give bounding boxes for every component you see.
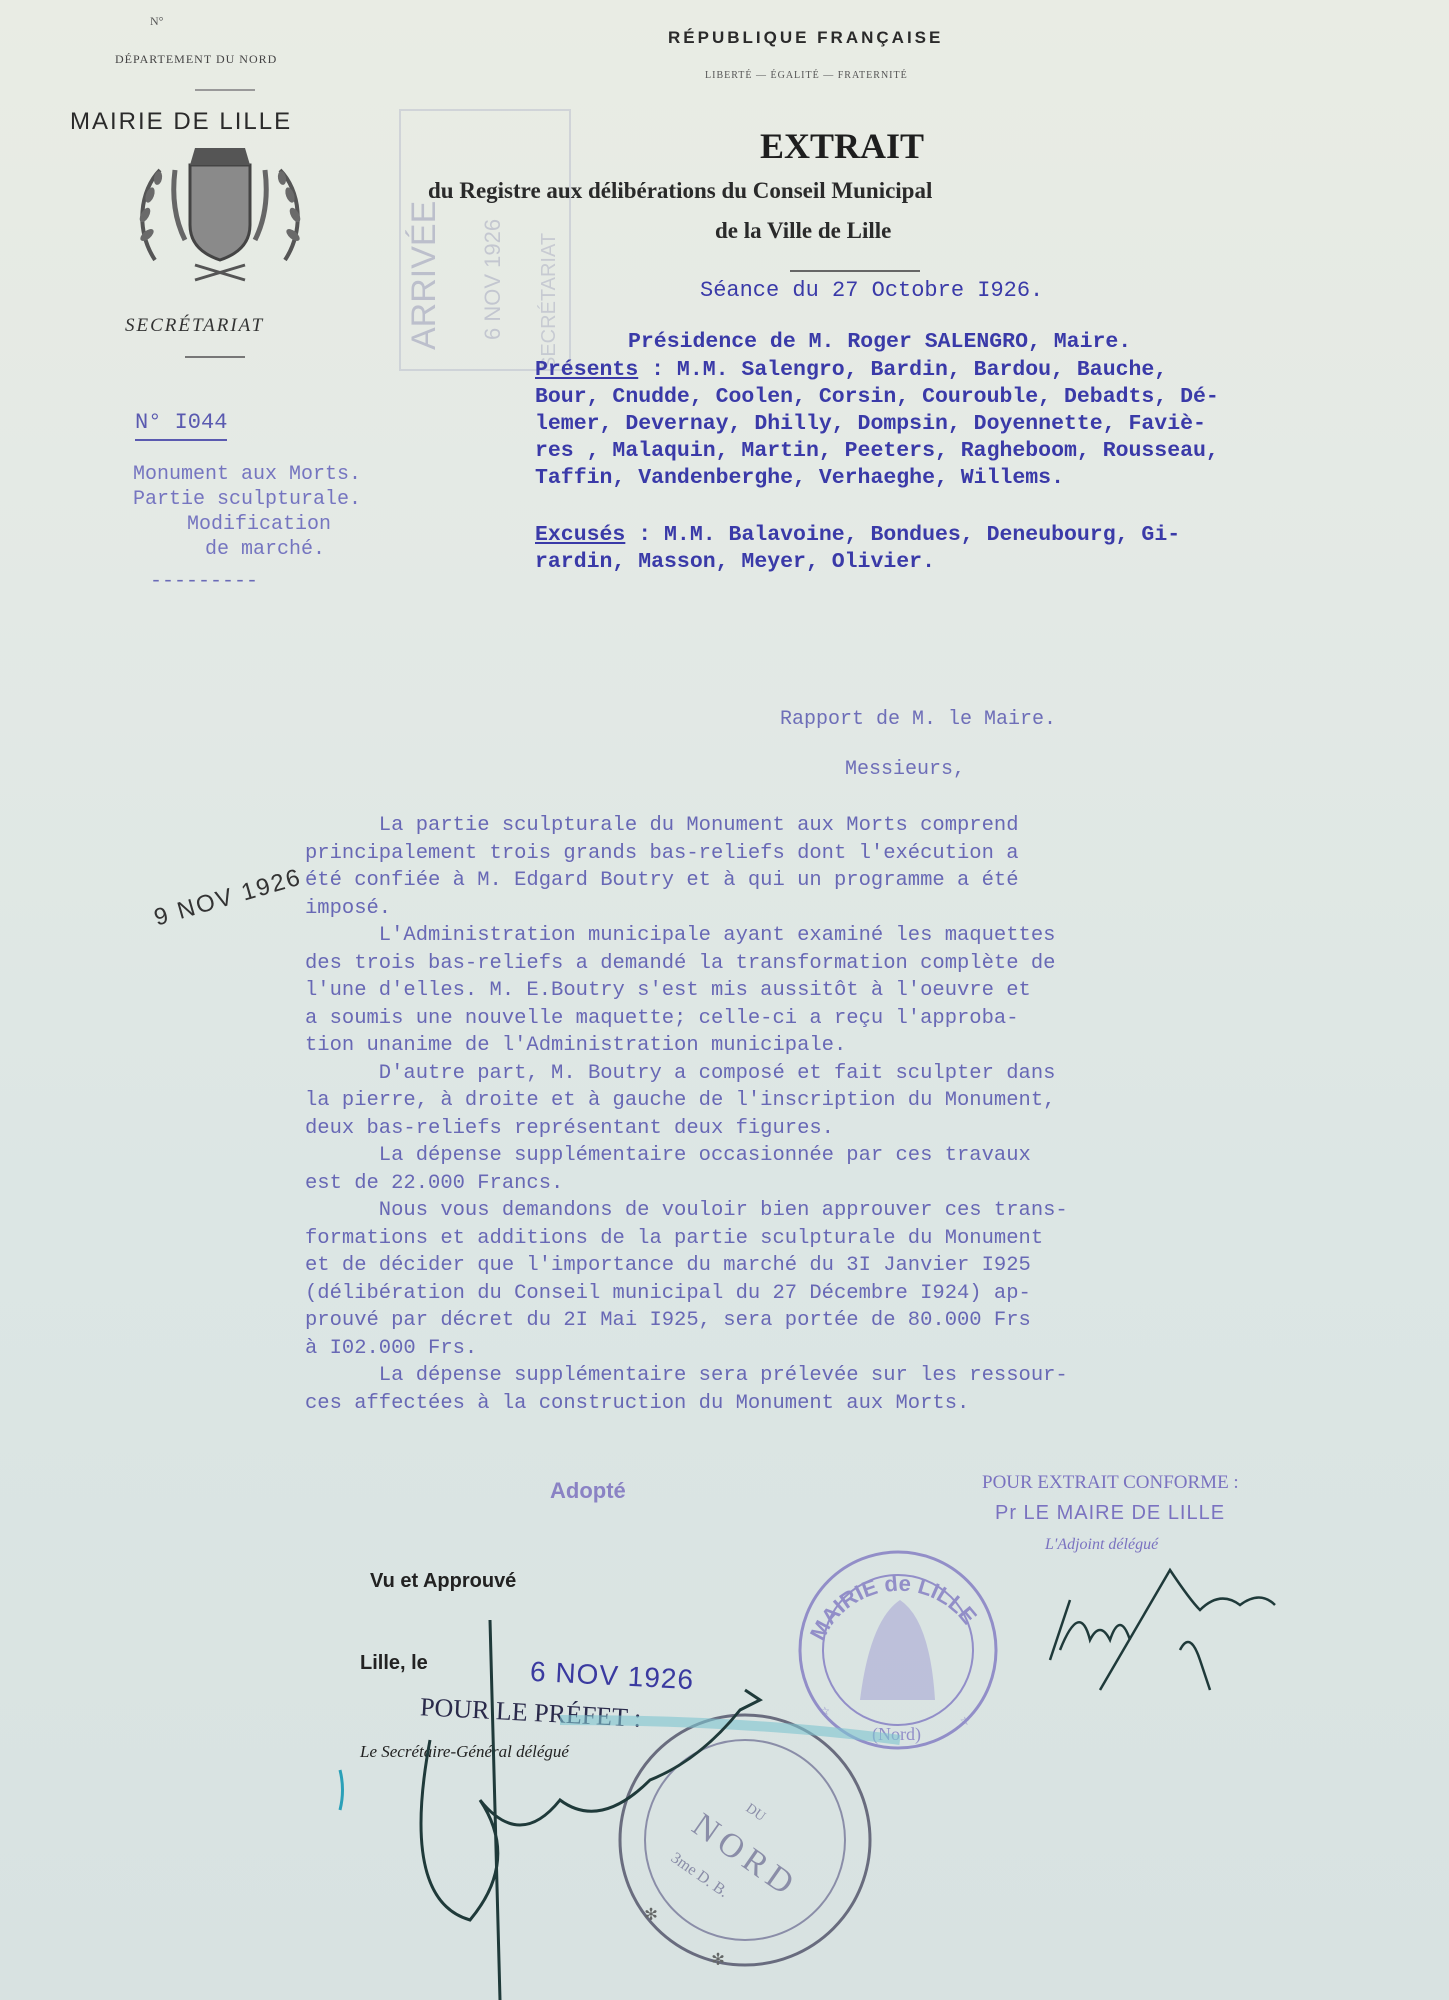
report-body: La partie sculpturale du Monument aux Mo… bbox=[305, 812, 1405, 1417]
mairie-heading: MAIRIE DE LILLE bbox=[70, 108, 292, 136]
svg-text:6 NOV 1926: 6 NOV 1926 bbox=[480, 219, 505, 340]
coat-of-arms-icon bbox=[125, 140, 315, 290]
excused-list: : M.M. Balavoine, Bondues, Deneubourg, G… bbox=[535, 523, 1180, 574]
deputy-label: L'Adjoint délégué bbox=[1045, 1536, 1158, 1554]
place-date-label: Lille, le bbox=[360, 1652, 428, 1675]
session-date: Séance du 27 Octobre I926. bbox=[700, 278, 1043, 303]
subject-divider: --------- bbox=[150, 570, 258, 593]
seen-approved-label: Vu et Approuvé bbox=[370, 1570, 516, 1593]
republic-heading: RÉPUBLIQUE FRANÇAISE bbox=[668, 28, 943, 48]
divider bbox=[195, 89, 255, 91]
document-subtitle-city: de la Ville de Lille bbox=[715, 218, 891, 244]
excused-label: Excusés bbox=[535, 523, 625, 547]
certified-copy-stamp: POUR EXTRAIT CONFORME : bbox=[982, 1472, 1239, 1494]
report-heading: Rapport de M. le Maire. bbox=[780, 708, 1056, 731]
deliberation-number: N° I044 bbox=[135, 410, 227, 441]
secretary-general-label: Le Secrétaire-Général délégué bbox=[360, 1742, 569, 1762]
for-mayor-stamp: Pr LE MAIRE DE LILLE bbox=[995, 1502, 1225, 1525]
motto: LIBERTÉ — ÉGALITÉ — FRATERNITÉ bbox=[705, 70, 908, 81]
number-prefix: N° bbox=[150, 14, 163, 29]
presents-list: : M.M. Salengro, Bardin, Bardou, Bauche,… bbox=[535, 358, 1219, 490]
attendees-present: Présents : M.M. Salengro, Bardin, Bardou… bbox=[535, 357, 1415, 492]
attendees-excused: Excusés : M.M. Balavoine, Bondues, Deneu… bbox=[535, 522, 1415, 576]
secretariat-label: SECRÉTARIAT bbox=[125, 315, 264, 337]
salutation: Messieurs, bbox=[845, 758, 965, 781]
svg-text:SECRÉTARIAT: SECRÉTARIAT bbox=[537, 233, 560, 370]
document-title: EXTRAIT bbox=[760, 125, 924, 167]
divider bbox=[790, 270, 920, 272]
presents-label: Présents bbox=[535, 358, 638, 382]
subject-note: Monument aux Morts. Partie sculpturale. … bbox=[82, 462, 412, 562]
adopted-label: Adopté bbox=[550, 1478, 626, 1504]
arrival-stamp-text: ARRIVÉE bbox=[405, 201, 443, 350]
divider bbox=[185, 356, 245, 358]
presidency-line: Présidence de M. Roger SALENGRO, Maire. bbox=[628, 330, 1131, 354]
department-heading: DÉPARTEMENT DU NORD bbox=[115, 52, 277, 67]
